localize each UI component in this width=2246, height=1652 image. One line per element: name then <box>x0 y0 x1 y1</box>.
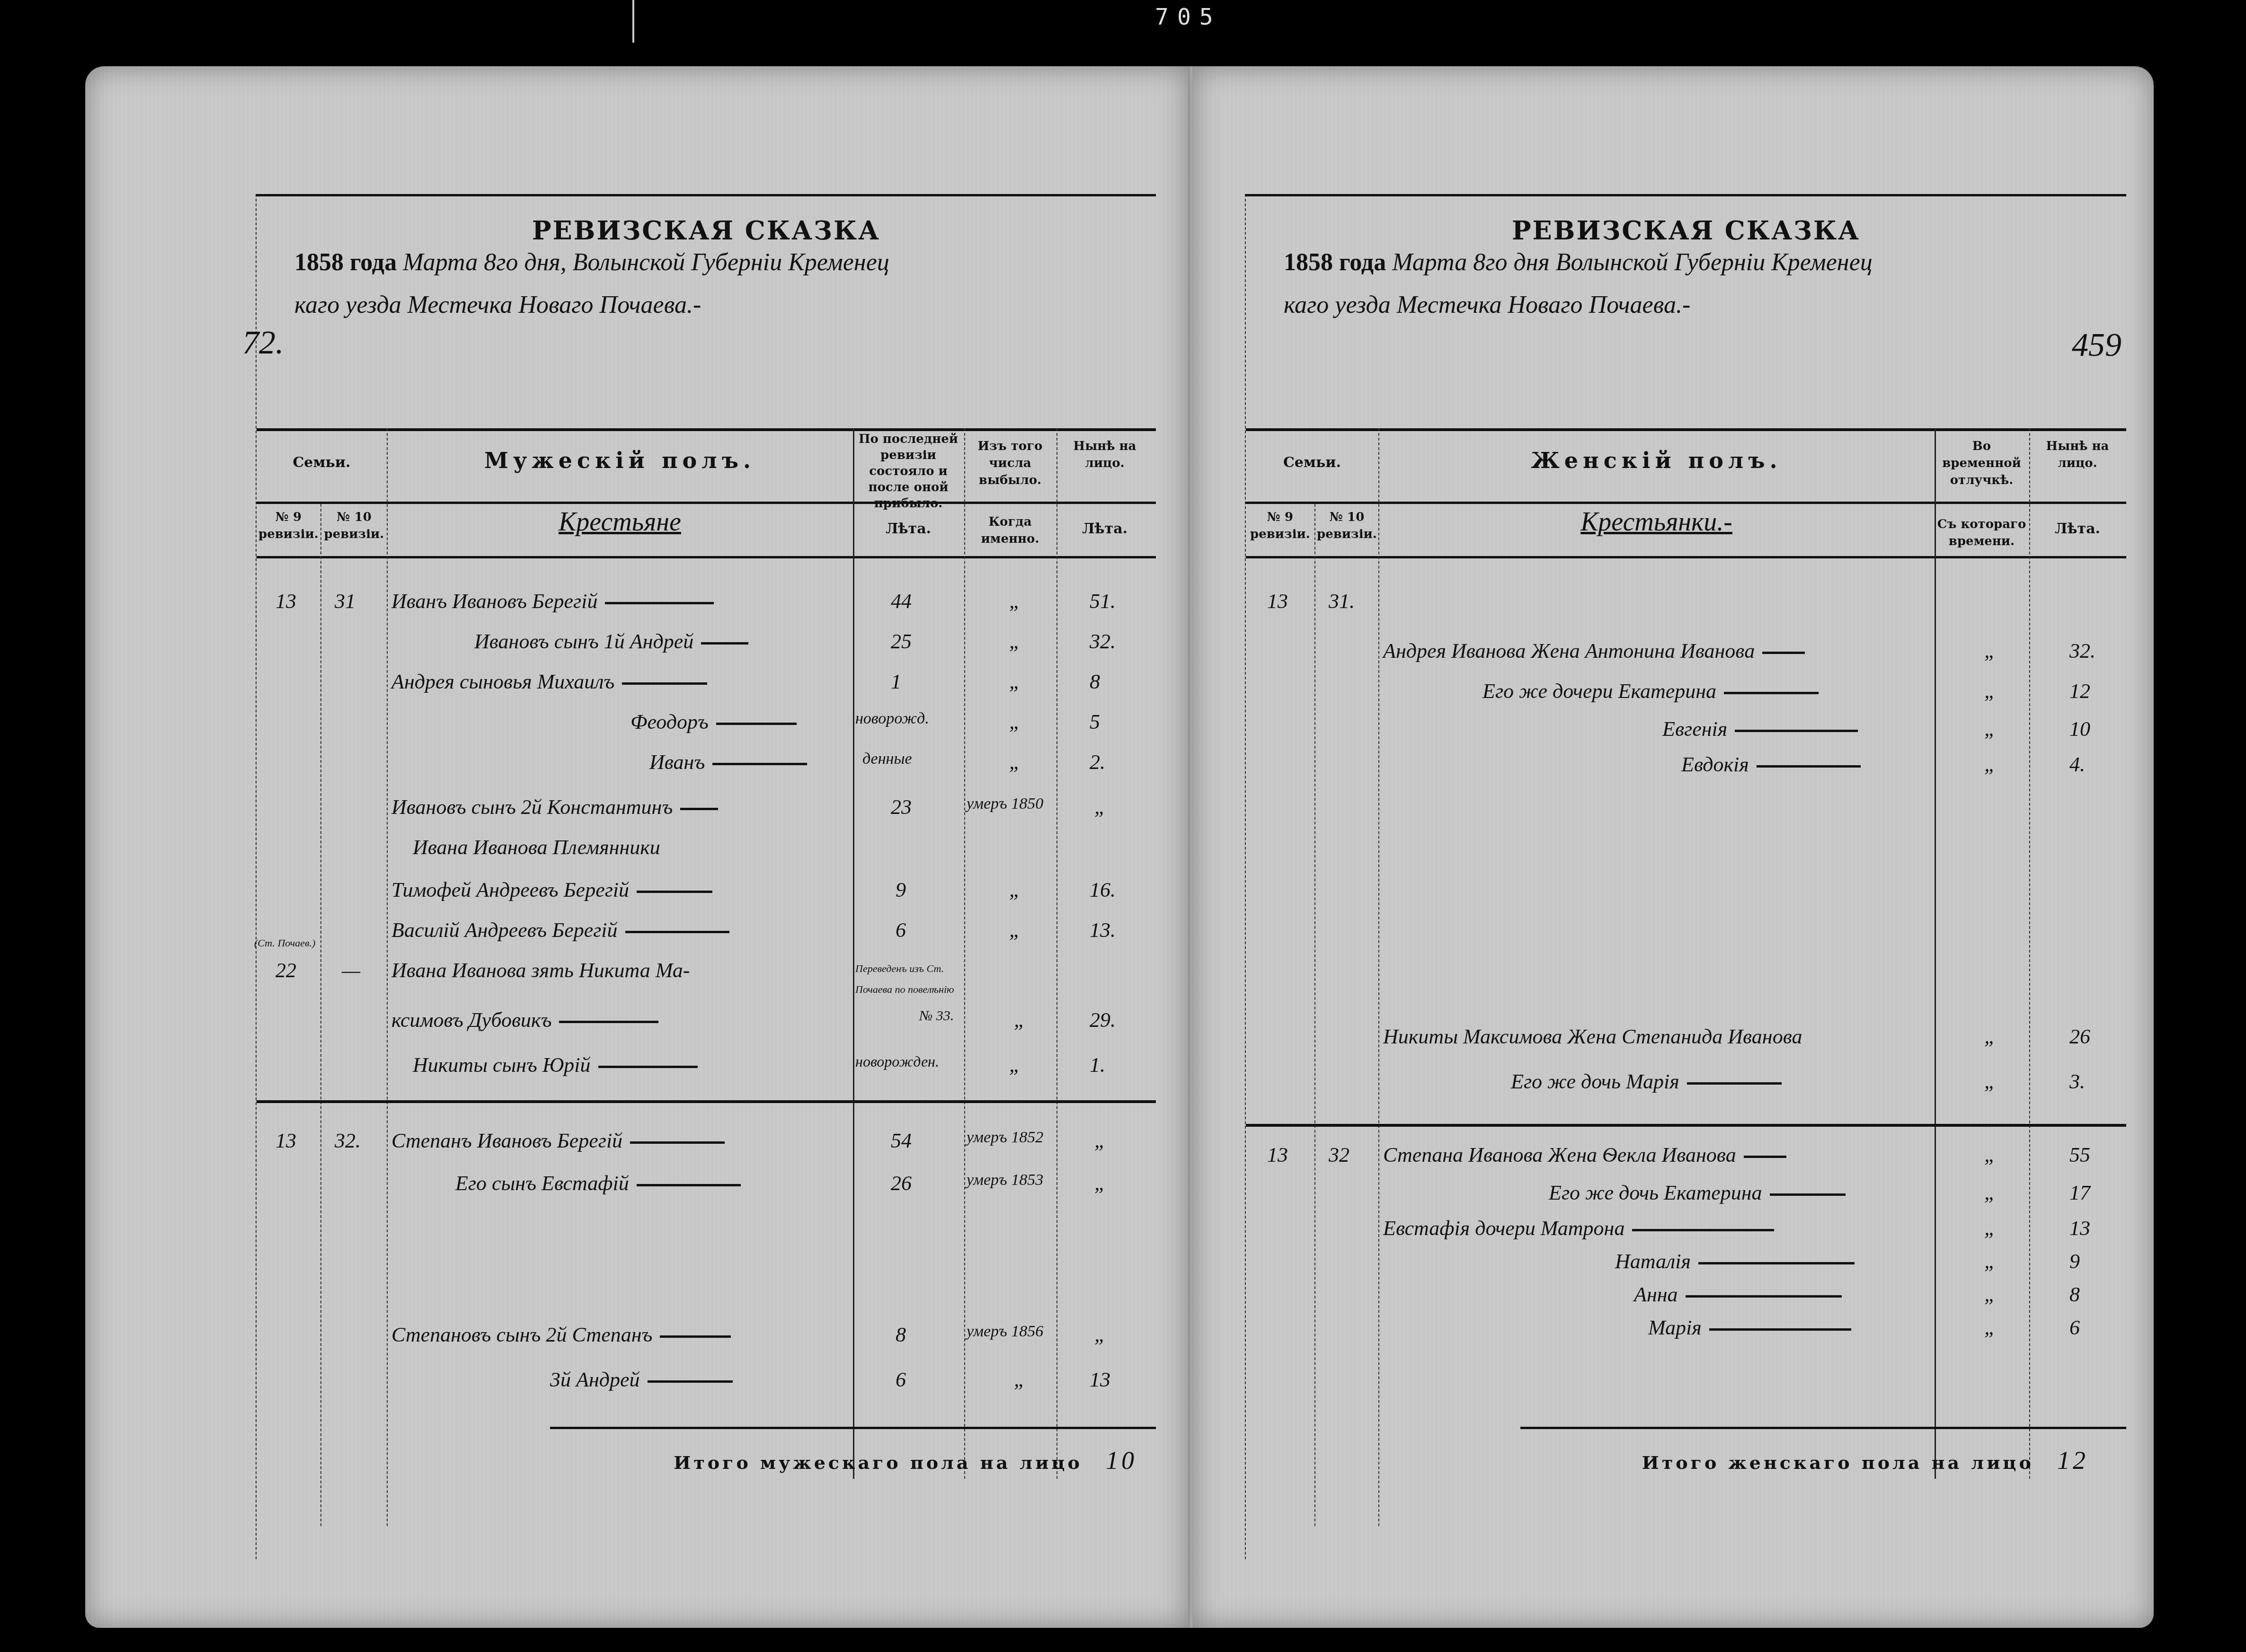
absence: „ <box>1984 1249 1996 1273</box>
present: „ <box>1094 795 1106 819</box>
left-total: Итого мужескаго пола на лицо 10 <box>674 1446 1137 1475</box>
left-year: 1858 <box>294 249 344 276</box>
absence: „ <box>1984 679 1996 703</box>
right-dateline: 1858 года Марта 8го дня Волынской Губерн… <box>1284 248 1873 276</box>
person-name: Андрея Иванова Жена Антонина Иванова <box>1383 639 1805 663</box>
total-label: Итого мужескаго пола на лицо <box>674 1452 1082 1473</box>
absence: „ <box>1984 1069 1996 1094</box>
person-name: Степана Иванова Жена Ѳекла Иванова <box>1383 1143 1786 1167</box>
departed: „ <box>1014 1368 1025 1392</box>
header-col-present: Нынѣ на лицо. <box>2030 438 2125 472</box>
absence: „ <box>1984 1316 1996 1340</box>
last-rev: 9 <box>896 878 906 902</box>
person-name: Его же дочери Екатерина <box>1483 679 1819 703</box>
left-margin-number: 72. <box>242 324 284 362</box>
total-rule <box>550 1427 1156 1429</box>
rev9: 13 <box>1267 1143 1288 1167</box>
person-name: Тимофей Андреевъ Берегій <box>391 878 712 902</box>
last-rev: 1 <box>891 670 901 694</box>
absence: „ <box>1984 1216 1996 1240</box>
header-col-departed: Изъ того числа выбыло. <box>965 438 1055 489</box>
total-rule <box>1520 1427 2126 1429</box>
present: 3. <box>2069 1069 2085 1094</box>
present: 13 <box>2069 1216 2090 1240</box>
right-year-label: года <box>1339 249 1386 276</box>
present: „ <box>1094 1171 1106 1195</box>
absence: „ <box>1984 1143 1996 1167</box>
left-page: РЕВИЗСКАЯ СКАЗКА 1858 года Марта 8го дня… <box>85 66 1188 1628</box>
departed: умеръ 1856 <box>967 1323 1043 1341</box>
departed: „ <box>1009 710 1021 734</box>
last-rev: новорожд. <box>855 710 929 728</box>
left-dateline: 1858 года Марта 8го дня, Волынской Губер… <box>294 248 889 276</box>
right-date-text: Марта 8го дня Волынской Губерніи Кремене… <box>1392 249 1873 276</box>
page-number: 459 <box>2072 327 2122 364</box>
person-name: Анна <box>1634 1282 1842 1307</box>
right-form: РЕВИЗСКАЯ СКАЗКА 1858 года Марта 8го дня… <box>1245 194 2126 1559</box>
person-name: Ивана Иванова зять Никита Ма- <box>391 958 690 982</box>
present: 51. <box>1090 589 1116 613</box>
rev9-note: (Ст. Почаев.) <box>254 937 315 949</box>
present: 4. <box>2069 752 2085 777</box>
last-rev: 23 <box>891 795 912 819</box>
last-rev: денные <box>862 750 912 768</box>
present: 9 <box>2069 1249 2080 1273</box>
header-col-rev9: № 9 ревизіи. <box>257 509 320 543</box>
rev10: — <box>342 958 360 982</box>
person-name: Степанъ Ивановъ Берегій <box>391 1129 725 1153</box>
last-rev: 6 <box>896 918 906 942</box>
header-col-rev9: № 9 ревизіи. <box>1246 509 1314 543</box>
present: „ <box>1094 1323 1106 1347</box>
present: 26 <box>2069 1025 2090 1049</box>
last-rev: 6 <box>896 1368 906 1392</box>
header-col-rev10: № 10 ревизіи. <box>321 509 387 543</box>
departed: „ <box>1009 670 1021 694</box>
rev9: 13 <box>275 1129 296 1153</box>
person-name: Евдокія <box>1681 752 1861 777</box>
scan-edge-line <box>632 0 634 43</box>
present: 10 <box>2069 717 2090 741</box>
departed: „ <box>1009 629 1021 654</box>
right-year: 1858 <box>1284 249 1333 276</box>
header-estate-female: Крестьянки.- <box>1378 513 1935 530</box>
present: 32. <box>1090 629 1116 654</box>
absence: „ <box>1984 639 1996 663</box>
header-section-male: Мужескій полъ. <box>387 452 853 469</box>
header-col-years-2: Лѣта. <box>1057 521 1152 538</box>
header-col-rev10: № 10 ревизіи. <box>1315 509 1378 543</box>
right-total: Итого женскаго пола на лицо 12 <box>1642 1446 2088 1475</box>
present: 13 <box>1090 1368 1110 1392</box>
header-col-present: Нынѣ на лицо. <box>1057 438 1152 472</box>
present: 16. <box>1090 878 1116 902</box>
person-name: Ивановъ сынъ 1й Андрей <box>474 629 748 654</box>
person-name: Никиты Максимова Жена Степанида Иванова <box>1383 1025 1802 1049</box>
departed: „ <box>1009 878 1021 902</box>
rev10: 32 <box>1329 1143 1349 1167</box>
person-name: Степановъ сынъ 2й Степанъ <box>391 1323 731 1347</box>
departed: „ <box>1014 1008 1025 1032</box>
departed: умеръ 1850 <box>967 795 1043 813</box>
present: 2. <box>1090 750 1105 774</box>
rev9: 13 <box>1267 589 1288 613</box>
last-rev: новорожден. <box>855 1053 939 1070</box>
rev9: 13 <box>275 589 296 613</box>
right-title: РЕВИЗСКАЯ СКАЗКА <box>1246 215 2126 246</box>
last-rev: 26 <box>891 1171 912 1195</box>
rev10: 31. <box>1329 589 1355 613</box>
present: 55 <box>2069 1143 2090 1167</box>
present: 6 <box>2069 1316 2080 1340</box>
header-family: Семьи. <box>1246 454 1378 471</box>
person-name: Марія <box>1648 1316 1851 1340</box>
present: 5 <box>1090 710 1100 734</box>
open-book: РЕВИЗСКАЯ СКАЗКА 1858 года Марта 8го дня… <box>71 66 2173 1647</box>
last-rev: 8 <box>896 1323 906 1347</box>
absence: „ <box>1984 752 1996 777</box>
person-name: Ивановъ сынъ 2й Константинъ <box>391 795 718 819</box>
left-title: РЕВИЗСКАЯ СКАЗКА <box>257 215 1156 246</box>
last-rev: 44 <box>891 589 912 613</box>
present: 8 <box>1090 670 1100 694</box>
person-name: Андрея сыновья Михаилъ <box>391 670 707 694</box>
present: 8 <box>2069 1282 2080 1307</box>
family-separator <box>257 1100 1156 1103</box>
header-col-years: Лѣта. <box>2030 521 2125 538</box>
present: 17 <box>2069 1181 2090 1205</box>
present: „ <box>1094 1129 1106 1153</box>
last-rev: 54 <box>891 1129 912 1153</box>
absence: „ <box>1984 1282 1996 1307</box>
person-name: Евстафія дочери Матрона <box>1383 1216 1774 1240</box>
absence: „ <box>1984 1181 1996 1205</box>
present: 1. <box>1090 1053 1105 1077</box>
left-table-header: Семьи. Мужескій полъ. По последней ревиз… <box>257 428 1156 646</box>
person-name: Его сынъ Евстафій <box>455 1171 741 1195</box>
total-label: Итого женскаго пола на лицо <box>1642 1452 2034 1473</box>
left-dateline-2: каго уезда Местечка Новаго Почаева.- <box>294 291 701 319</box>
header-col-when: Когда именно. <box>965 513 1055 548</box>
header-col-years: Лѣта. <box>854 521 963 538</box>
header-family: Семьи. <box>257 454 387 471</box>
header-section-female: Женскій полъ. <box>1378 452 1935 469</box>
person-name: Василій Андреевъ Берегій <box>391 918 729 942</box>
scan-mark: 705 <box>1155 4 1222 30</box>
last-rev: 25 <box>891 629 912 654</box>
last-rev: № 33. <box>919 1008 954 1024</box>
header-estate-male: Крестьяне <box>387 513 853 530</box>
rev10: 32. <box>335 1129 361 1153</box>
departed: умеръ 1853 <box>967 1171 1043 1189</box>
total-value: 10 <box>1106 1446 1137 1475</box>
departed: „ <box>1009 750 1021 774</box>
person-name: Иванъ Ивановъ Берегій <box>391 589 714 613</box>
person-name: Его же дочь Марія <box>1511 1069 1782 1094</box>
departed: умеръ 1852 <box>967 1129 1043 1147</box>
departed: „ <box>1009 589 1021 613</box>
rev10: 31 <box>335 589 355 613</box>
left-year-label: года <box>350 249 397 276</box>
person-name: Иванъ <box>649 750 807 774</box>
family-separator <box>1246 1124 2126 1127</box>
person-name: Ивана Иванова Племянники <box>413 835 660 859</box>
total-value: 12 <box>2057 1446 2088 1475</box>
present: 13. <box>1090 918 1116 942</box>
present: 29. <box>1090 1008 1116 1032</box>
departed: „ <box>1009 1053 1021 1077</box>
person-name: ксимовъ Дубовикъ <box>391 1008 658 1032</box>
absence: „ <box>1984 1025 1996 1049</box>
person-name: Никиты сынъ Юрій <box>413 1053 698 1077</box>
absence: „ <box>1984 717 1996 741</box>
left-date-text: Марта 8го дня, Волынской Губерніи Кремен… <box>403 249 889 276</box>
person-name: Феодоръ <box>630 710 797 734</box>
person-name: Его же дочь Екатерина <box>1549 1181 1846 1205</box>
present: 12 <box>2069 679 2090 703</box>
left-form: РЕВИЗСКАЯ СКАЗКА 1858 года Марта 8го дня… <box>256 194 1156 1559</box>
right-table-header: Семьи. Женскій полъ. Во временной отлучк… <box>1246 428 2126 646</box>
present: 32. <box>2069 639 2095 663</box>
header-col-last-revision: По последней ревизіи состояло и после он… <box>854 431 963 512</box>
header-col-absence: Во временной отлучкѣ. <box>1935 438 2028 489</box>
person-name: Евгенія <box>1662 717 1858 741</box>
header-col-since: Съ котораго времени. <box>1935 516 2028 550</box>
right-dateline-2: каго уезда Местечка Новаго Почаева.- <box>1284 291 1690 319</box>
person-name: 3й Андрей <box>550 1368 733 1392</box>
last-rev: Переведенъ изъ Ст. Почаева по повелѣнію <box>855 958 962 1000</box>
person-name: Наталія <box>1615 1249 1855 1273</box>
right-page: РЕВИЗСКАЯ СКАЗКА 1858 года Марта 8го дня… <box>1193 66 2154 1628</box>
departed: „ <box>1009 918 1021 942</box>
rev9: 22 <box>275 958 296 982</box>
